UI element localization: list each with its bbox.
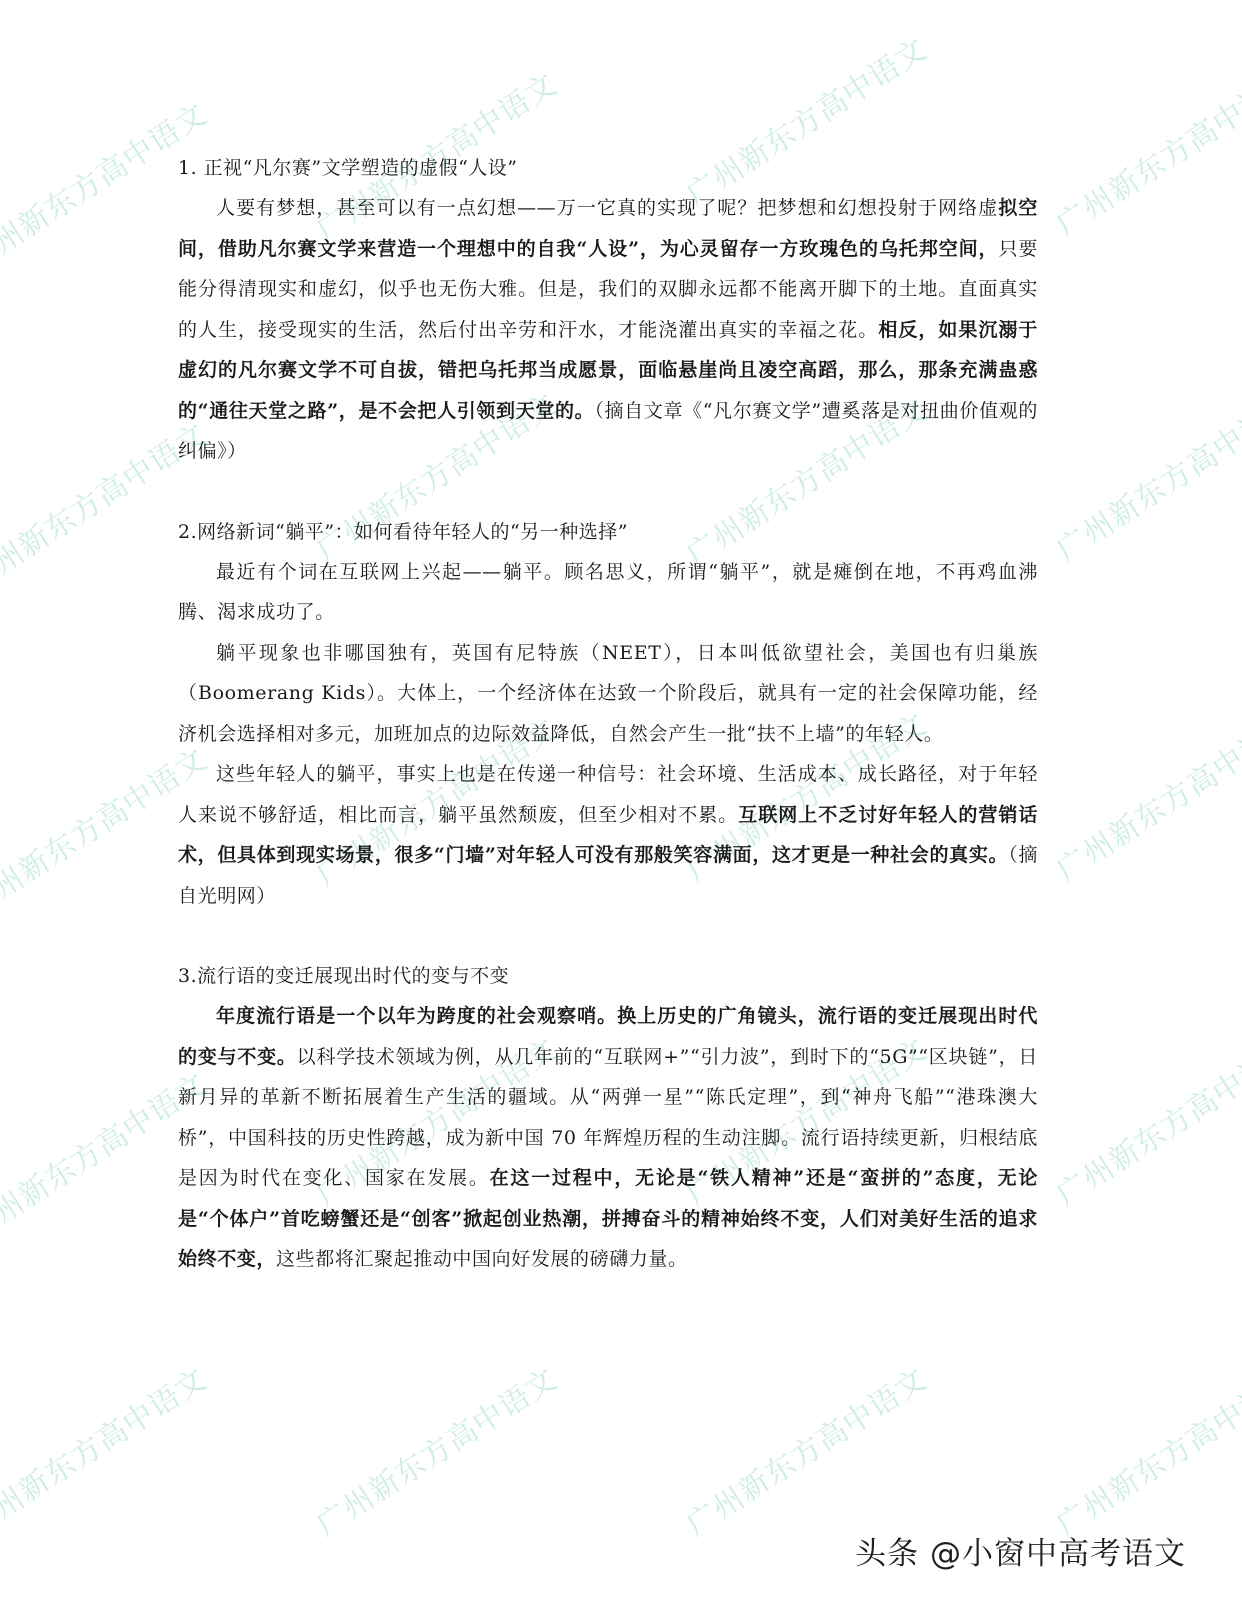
watermark-text: 广州新东方高中语文 [676, 1355, 934, 1544]
section-title: 2.网络新词“躺平”：如何看待年轻人的“另一种选择” [178, 512, 1038, 552]
paragraph: 最近有个词在互联网上兴起——躺平。顾名思义，所谓“躺平”，就是瘫倒在地，不再鸡血… [178, 552, 1038, 633]
section-title: 3.流行语的变迁展现出时代的变与不变 [178, 956, 1038, 996]
section-title: 1. 正视“凡尔赛”文学塑造的虚假“人设” [178, 148, 1038, 188]
text-run: 躺平现象也非哪国独有，英国有尼特族（NEET），日本叫低欲望社会，美国也有归巢族… [178, 642, 1038, 745]
text-run: 人要有梦想，甚至可以有一点幻想——万一它真的实现了呢？把梦想和幻想投射于网络虚 [216, 197, 998, 219]
paragraph: 躺平现象也非哪国独有，英国有尼特族（NEET），日本叫低欲望社会，美国也有归巢族… [178, 633, 1038, 755]
text-run: 这些都将汇聚起推动中国向好发展的磅礴力量。 [276, 1248, 688, 1270]
document-body: 1. 正视“凡尔赛”文学塑造的虚假“人设” 人要有梦想，甚至可以有一点幻想——万… [178, 148, 1038, 1320]
watermark-text: 广州新东方高中语文 [1046, 1355, 1242, 1544]
section-2: 2.网络新词“躺平”：如何看待年轻人的“另一种选择” 最近有个词在互联网上兴起—… [178, 512, 1038, 917]
watermark-text: 广州新东方高中语文 [306, 1355, 564, 1544]
section-3: 3.流行语的变迁展现出时代的变与不变 年度流行语是一个以年为跨度的社会观察哨。换… [178, 956, 1038, 1280]
section-1: 1. 正视“凡尔赛”文学塑造的虚假“人设” 人要有梦想，甚至可以有一点幻想——万… [178, 148, 1038, 472]
paragraph: 人要有梦想，甚至可以有一点幻想——万一它真的实现了呢？把梦想和幻想投射于网络虚拟… [178, 188, 1038, 472]
watermark-text: 广州新东方高中语文 [1046, 380, 1242, 569]
paragraph: 年度流行语是一个以年为跨度的社会观察哨。换上历史的广角镜头，流行语的变迁展现出时… [178, 996, 1038, 1280]
watermark-text: 广州新东方高中语文 [1046, 55, 1242, 244]
text-run: 最近有个词在互联网上兴起——躺平。顾名思义，所谓“躺平”，就是瘫倒在地，不再鸡血… [178, 561, 1038, 624]
watermark-text: 广州新东方高中语文 [1046, 700, 1242, 889]
source-attribution: 头条 @小窗中高考语文 [855, 1528, 1186, 1573]
paragraph: 这些年轻人的躺平，事实上也是在传递一种信号：社会环境、生活成本、成长路径，对于年… [178, 754, 1038, 916]
watermark-text: 广州新东方高中语文 [0, 1355, 214, 1544]
watermark-text: 广州新东方高中语文 [1046, 1025, 1242, 1214]
